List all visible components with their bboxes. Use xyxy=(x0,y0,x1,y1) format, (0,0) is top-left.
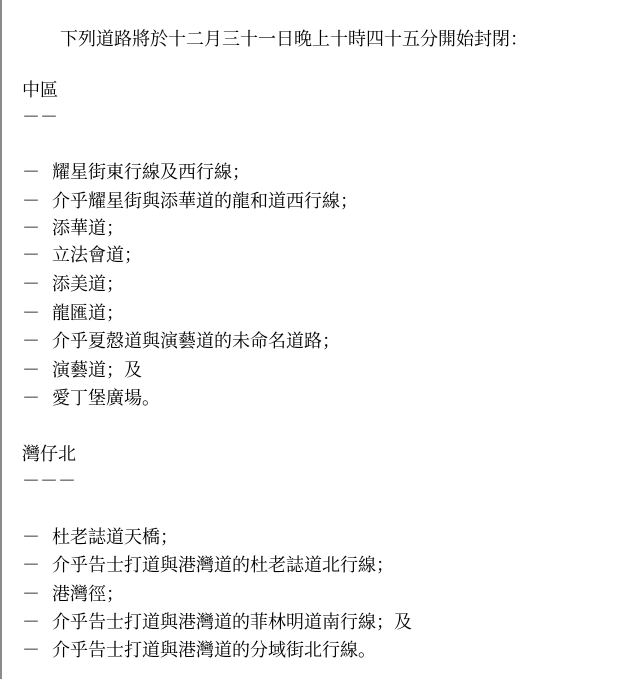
list-item: －杜老誌道天橋； xyxy=(22,527,178,549)
list-item: －港灣徑； xyxy=(22,584,124,606)
dash-bullet: － xyxy=(22,303,52,325)
section-heading-wan-chai-north: 灣仔北 xyxy=(22,444,76,466)
dash-bullet: － xyxy=(22,274,52,296)
dash-bullet: － xyxy=(22,388,52,410)
list-item: －愛丁堡廣場。 xyxy=(22,388,160,410)
list-item: －龍匯道； xyxy=(22,303,124,325)
list-item: －耀星街東行線及西行線； xyxy=(22,162,250,184)
list-item: －添美道； xyxy=(22,274,124,296)
dash-bullet: － xyxy=(22,612,52,634)
list-item: －立法會道； xyxy=(22,245,142,267)
list-item: －介乎告士打道與港灣道的菲林明道南行線；及 xyxy=(22,612,412,634)
dash-bullet: － xyxy=(22,331,52,353)
dash-bullet: － xyxy=(22,162,52,184)
list-item: －介乎夏慤道與演藝道的未命名道路； xyxy=(22,331,340,353)
list-item: －演藝道；及 xyxy=(22,360,142,382)
list-item: －介乎告士打道與港灣道的分域街北行線。 xyxy=(22,640,376,662)
section-heading-central: 中區 xyxy=(22,80,58,102)
dash-bullet: － xyxy=(22,584,52,606)
notice-title: 下列道路將於十二月三十一日晚上十時四十五分開始封閉： xyxy=(60,29,528,51)
dash-bullet: － xyxy=(22,527,52,549)
dash-bullet: － xyxy=(22,640,52,662)
dash-bullet: － xyxy=(22,360,52,382)
dash-bullet: － xyxy=(22,218,52,240)
dash-bullet: － xyxy=(22,555,52,577)
list-item: －介乎耀星街與添華道的龍和道西行線； xyxy=(22,191,358,213)
list-item: －添華道； xyxy=(22,218,124,240)
dash-bullet: － xyxy=(22,245,52,267)
section-underline-central: －－ xyxy=(22,107,58,129)
section-underline-wan-chai-north: －－－ xyxy=(22,471,76,493)
list-item: －介乎告士打道與港灣道的杜老誌道北行線； xyxy=(22,555,394,577)
page-left-border xyxy=(0,0,2,679)
dash-bullet: － xyxy=(22,191,52,213)
